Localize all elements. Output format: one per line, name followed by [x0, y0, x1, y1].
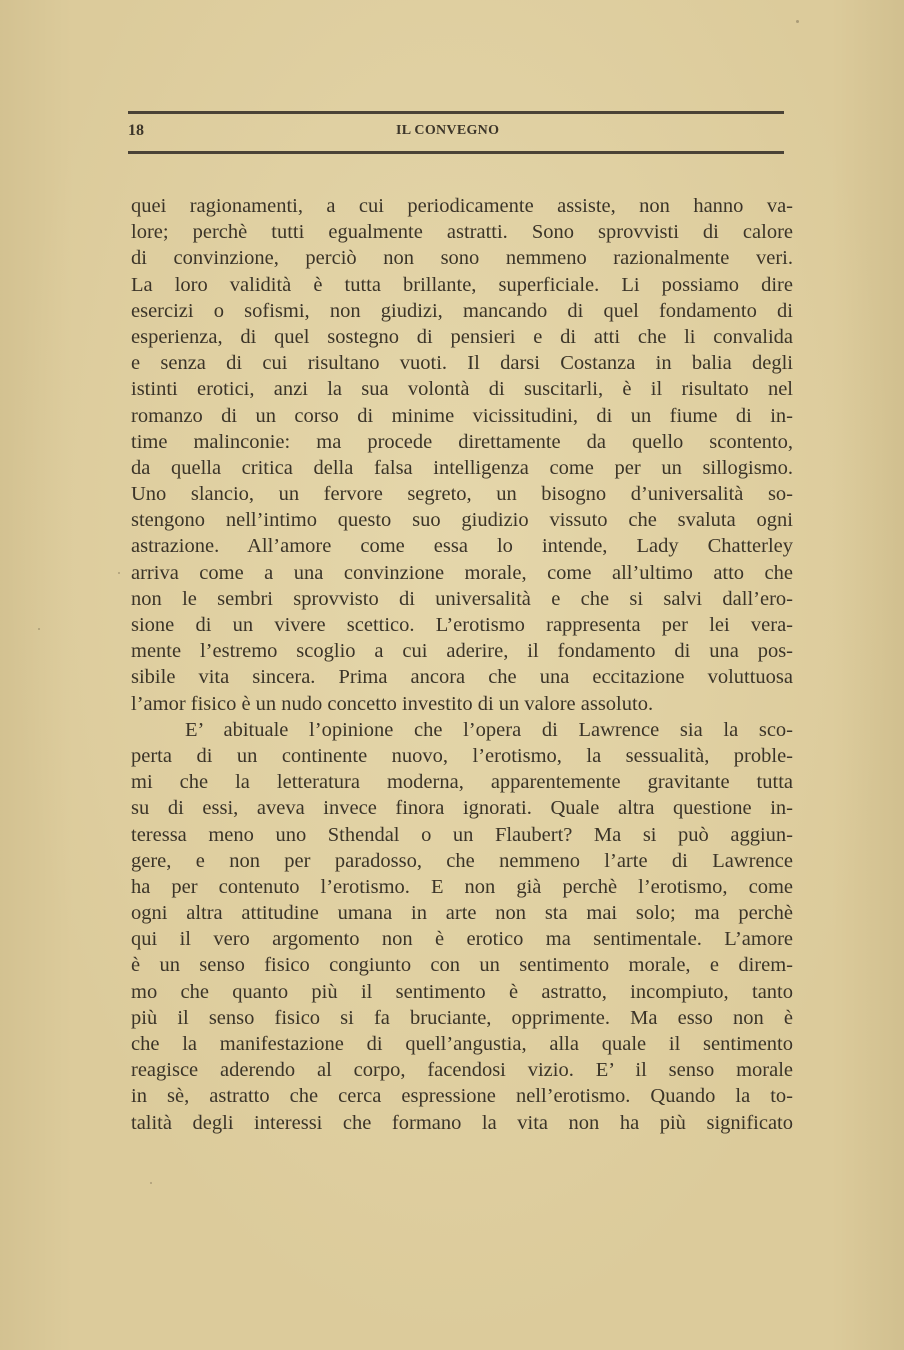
paragraph-2: E’ abituale l’opinione che l’opera di La… [131, 717, 793, 1136]
journal-title: IL CONVEGNO [396, 123, 499, 139]
paper-speck [150, 1182, 152, 1184]
text-line: sione di un vivere scettico. L’erotismo … [131, 612, 793, 638]
paper-speck [118, 572, 120, 574]
text-line: e senza di cui risultano vuoti. Il darsi… [131, 350, 793, 376]
text-line: teressa meno uno Sthendal o un Flaubert?… [131, 822, 793, 848]
text-line: su di essi, aveva invece finora ignorati… [131, 795, 793, 821]
text-line: l’amor fisico è un nudo concetto investi… [131, 691, 793, 717]
text-line: esperienza, di quel sostegno di pensieri… [131, 324, 793, 350]
running-head: 18 IL CONVEGNO [128, 120, 784, 142]
text-line: in sè, astratto che cerca espressione ne… [131, 1083, 793, 1109]
text-line: esercizi o sofismi, non giudizi, mancand… [131, 298, 793, 324]
header-top-rule [128, 111, 784, 114]
text-line: gere, e non per paradosso, che nemmeno l… [131, 848, 793, 874]
text-line: lore; perchè tutti egualmente astratti. … [131, 219, 793, 245]
text-line: è un senso fisico congiunto con un senti… [131, 952, 793, 978]
text-line: reagisce aderendo al corpo, facendosi vi… [131, 1057, 793, 1083]
text-line: stengono nell’intimo questo suo giudizio… [131, 507, 793, 533]
text-line: arriva come a una convinzione morale, co… [131, 560, 793, 586]
text-line: mo che quanto più il sentimento è astrat… [131, 979, 793, 1005]
text-line: da quella critica della falsa intelligen… [131, 455, 793, 481]
text-line: sibile vita sincera. Prima ancora che un… [131, 664, 793, 690]
paper-speck [38, 628, 40, 630]
text-line: La loro validità è tutta brillante, supe… [131, 272, 793, 298]
page-number: 18 [128, 122, 144, 140]
text-line: più il senso fisico si fa bruciante, opp… [131, 1005, 793, 1031]
body-text: quei ragionamenti, a cui periodicamente … [131, 193, 793, 1136]
text-line: mi che la letteratura moderna, apparente… [131, 769, 793, 795]
text-line: qui il vero argomento non è erotico ma s… [131, 926, 793, 952]
text-line: talità degli interessi che formano la vi… [131, 1110, 793, 1136]
paragraph-1: quei ragionamenti, a cui periodicamente … [131, 193, 793, 717]
book-page: 18 IL CONVEGNO quei ragionamenti, a cui … [0, 0, 904, 1350]
text-line: ogni altra attitudine umana in arte non … [131, 900, 793, 926]
text-line: perta di un continente nuovo, l’erotismo… [131, 743, 793, 769]
paper-speck [796, 20, 799, 23]
text-line: astrazione. All’amore come essa lo inten… [131, 533, 793, 559]
text-line: che la manifestazione di quell’angustia,… [131, 1031, 793, 1057]
text-line: E’ abituale l’opinione che l’opera di La… [131, 717, 793, 743]
text-line: time malinconie: ma procede direttamente… [131, 429, 793, 455]
text-line: Uno slancio, un fervore segreto, un biso… [131, 481, 793, 507]
text-line: istinti erotici, anzi la sua volontà di … [131, 376, 793, 402]
text-line: non le sembri sprovvisto di universalità… [131, 586, 793, 612]
text-line: mente l’estremo scoglio a cui aderire, i… [131, 638, 793, 664]
text-line: quei ragionamenti, a cui periodicamente … [131, 193, 793, 219]
text-line: romanzo di un corso di minime vicissitud… [131, 403, 793, 429]
header-bottom-rule [128, 151, 784, 154]
text-line: di convinzione, perciò non sono nemmeno … [131, 245, 793, 271]
text-line: ha per contenuto l’erotismo. E non già p… [131, 874, 793, 900]
